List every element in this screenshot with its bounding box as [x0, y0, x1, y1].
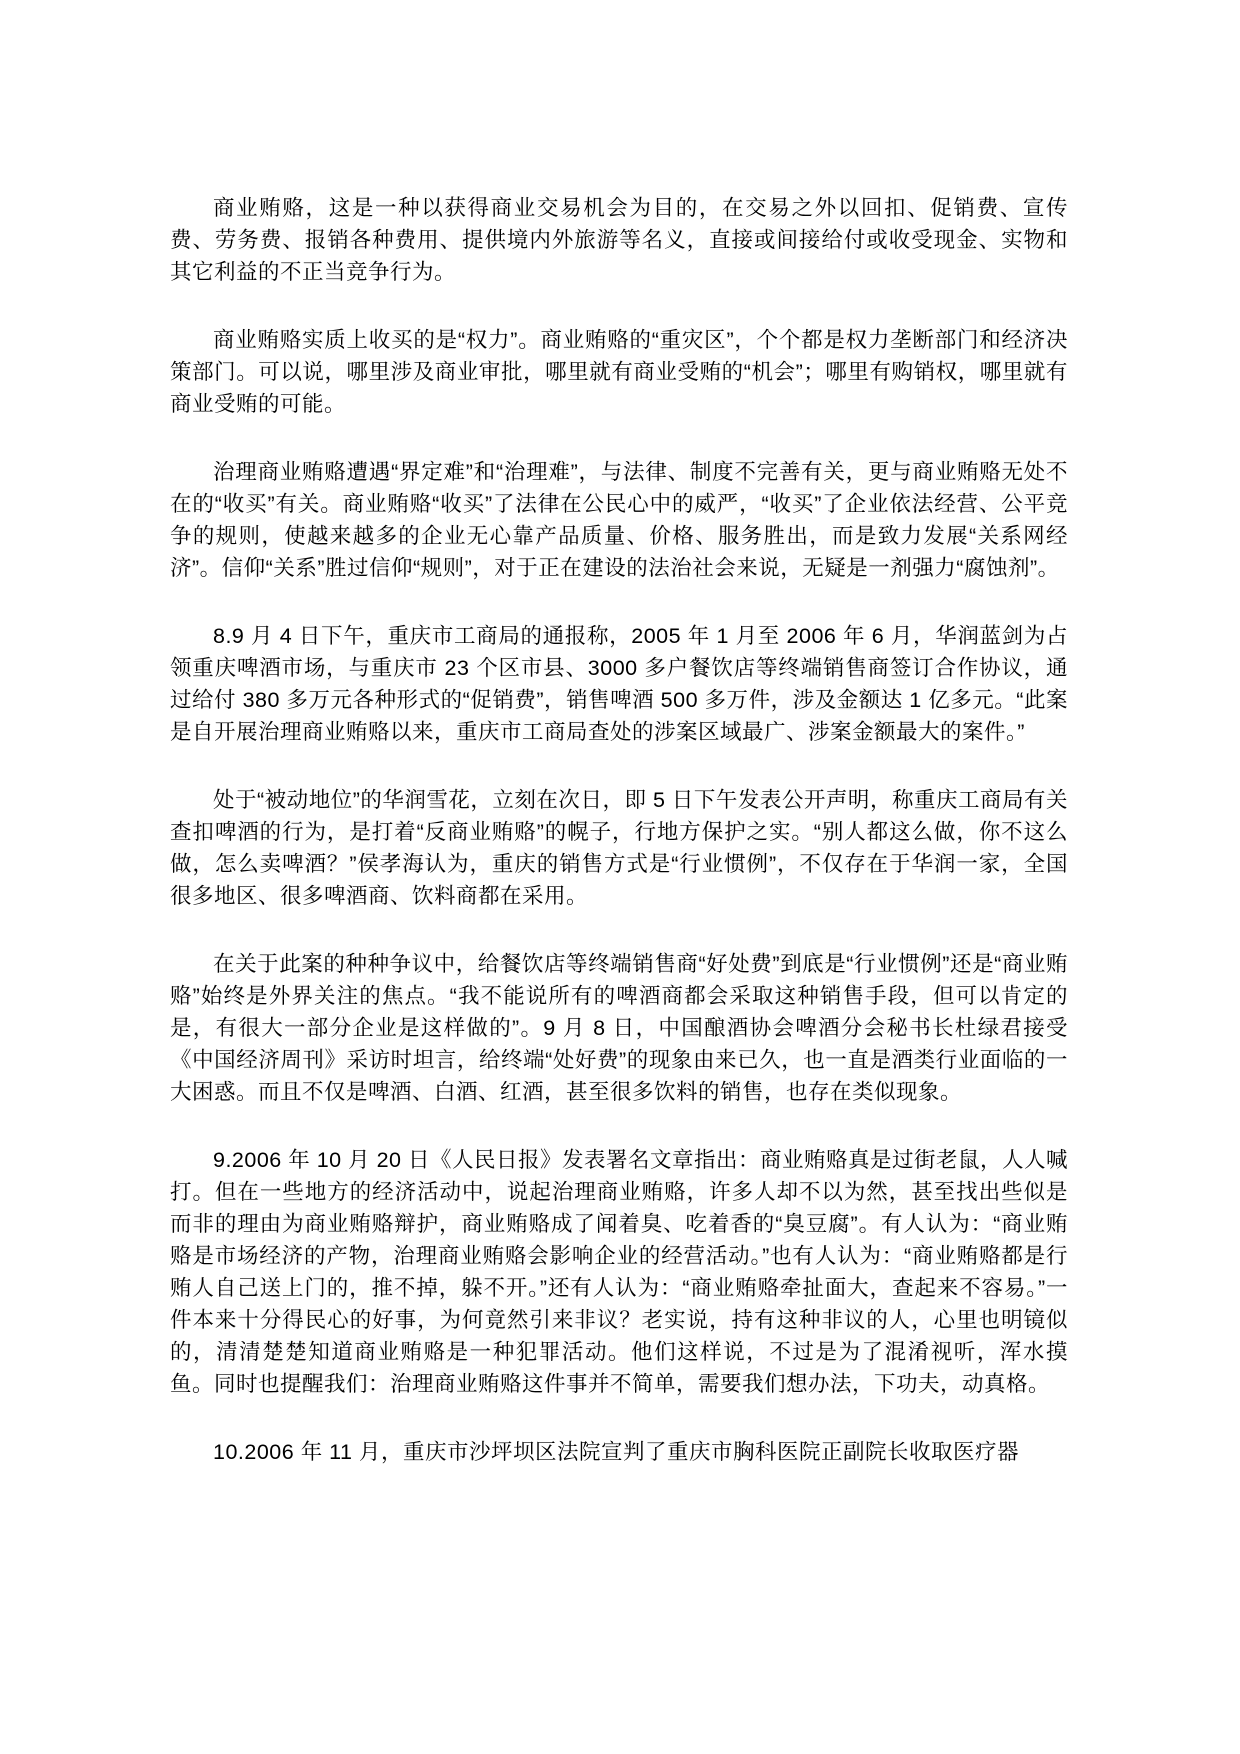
paragraph-power-purchase: 商业贿赂实质上收买的是“权力”。商业贿赂的“重灾区”，个个都是权力垄断部门和经济…	[170, 324, 1068, 420]
paragraph-item-9-peoples-daily: 9.2006 年 10 月 20 日《人民日报》发表署名文章指出：商业贿赂真是过…	[170, 1144, 1068, 1400]
paragraph-item-10-hospital-case: 10.2006 年 11 月，重庆市沙坪坝区法院宣判了重庆市胸科医院正副院长收取…	[170, 1436, 1068, 1468]
paragraph-governance-difficulty: 治理商业贿赂遭遇“界定难”和“治理难”，与法律、制度不完善有关，更与商业贿赂无处…	[170, 456, 1068, 584]
paragraph-item-8-chongqing-case: 8.9 月 4 日下午，重庆市工商局的通报称，2005 年 1 月至 2006 …	[170, 620, 1068, 748]
document-body: 商业贿赂，这是一种以获得商业交易机会为目的，在交易之外以回扣、促销费、宣传费、劳…	[170, 192, 1068, 1468]
paragraph-industry-practice-dispute: 在关于此案的种种争议中，给餐饮店等终端销售商“好处费”到底是“行业惯例”还是“商…	[170, 948, 1068, 1108]
document-page: 商业贿赂，这是一种以获得商业交易机会为目的，在交易之外以回扣、促销费、宣传费、劳…	[0, 0, 1240, 1754]
paragraph-definition-bribery: 商业贿赂，这是一种以获得商业交易机会为目的，在交易之外以回扣、促销费、宣传费、劳…	[170, 192, 1068, 288]
paragraph-huarun-snow-response: 处于“被动地位”的华润雪花，立刻在次日，即 5 日下午发表公开声明，称重庆工商局…	[170, 784, 1068, 912]
